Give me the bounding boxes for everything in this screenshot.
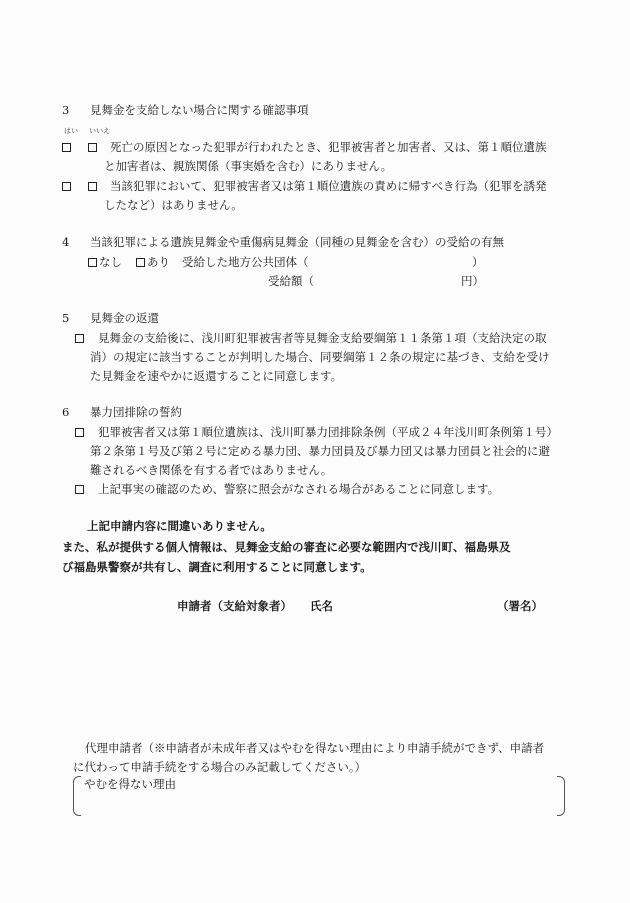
section-5-number: 5 [62, 311, 69, 325]
section-4-heading: 当該犯罪による遺族見舞金や重傷病見舞金（同種の見舞金を含む）の受給の有無 [90, 235, 504, 249]
item-1-line-1: 死亡の原因となった犯罪が行われたとき、犯罪被害者と加害者、又は、第１順位遺族 [110, 140, 547, 154]
applicant-label: 申請者（支給対象者） [177, 599, 292, 613]
section-5-heading: 見舞金の返還 [90, 311, 159, 325]
public-body-close: ） [472, 255, 484, 269]
item-1-no-checkbox[interactable] [88, 143, 97, 152]
public-body-label: 受給した地方公共団体（ [182, 255, 309, 269]
proxy-line-1: 代理申請者（※申請者が未成年者又はやむを得ない理由により申請手続ができず、申請者 [85, 741, 544, 755]
refund-line-2: 消）の規定に該当することが判明した場合、同要綱第１２条の規定に基づき、支給を受け [90, 350, 550, 364]
item-2-line-1: 当該犯罪において、犯罪被害者又は第１順位遺族の責めに帰すべき行為（犯罪を誘発 [110, 179, 547, 193]
left-bracket [73, 776, 81, 816]
option-yes-label: あり [147, 255, 170, 269]
amount-label: 受給額（ [268, 274, 314, 288]
item-1-yes-checkbox[interactable] [62, 143, 71, 152]
option-none-label: なし [99, 255, 122, 269]
right-bracket [557, 776, 565, 816]
name-label: 氏名 [310, 599, 333, 613]
proxy-line-2: に代わって申請手続をする場合のみ記載してください。） [73, 760, 366, 774]
item-2-yes-checkbox[interactable] [62, 182, 71, 191]
refund-consent-checkbox[interactable] [75, 334, 84, 343]
section-3-heading: 見舞金を支給しない場合に関する確認事項 [90, 103, 309, 117]
police-inquiry-checkbox[interactable] [75, 485, 84, 494]
police-inquiry-text: 上記事実の確認のため、警察に照会がなされる場合があることに同意します。 [98, 482, 499, 496]
declaration-line-1: 上記申請内容に間違いありません。 [87, 519, 272, 533]
amount-unit: 円） [461, 274, 484, 288]
section-4-number: 4 [62, 235, 69, 249]
declaration-line-2: また、私が提供する個人情報は、見舞金支給の審査に必要な範囲内で浅川町、福島県及 [62, 540, 511, 554]
reason-label: やむを得ない理由 [84, 777, 176, 791]
refund-line-1: 見舞金の支給後に、浅川町犯罪被害者等見舞金支給要綱第１１条第１項（支給決定の取 [98, 331, 547, 345]
refund-line-3: た見舞金を速やかに返還することに同意します。 [90, 369, 342, 383]
option-yes-checkbox[interactable] [136, 258, 145, 267]
declaration-line-3: び福島県警察が共有し、調査に利用することに同意します。 [62, 560, 372, 574]
item-1-line-2: と加害者は、親族関係（事実婚を含む）にありません。 [104, 159, 392, 173]
antigang-pledge-checkbox[interactable] [75, 428, 84, 437]
section-3-number: 3 [62, 103, 69, 117]
signature-label: （署名） [497, 599, 543, 613]
pledge-line-2: 第２条第１号及び第２号に定める暴力団、暴力団員及び暴力団又は暴力団員と社会的に避 [90, 444, 550, 458]
column-no-label: いいえ [89, 124, 110, 138]
option-none-checkbox[interactable] [88, 258, 97, 267]
pledge-line-3: 難されるべき関係を有する者ではありません。 [90, 463, 332, 477]
column-yes-label: はい [64, 124, 78, 138]
section-6-number: 6 [62, 405, 69, 419]
pledge-line-1: 犯罪被害者又は第１順位遺族は、浅川町暴力団排除条例（平成２４年浅川町条例第１号） [98, 425, 558, 439]
item-2-no-checkbox[interactable] [88, 182, 97, 191]
item-2-line-2: したなど）はありません。 [104, 198, 243, 212]
section-6-heading: 暴力団排除の誓約 [90, 405, 182, 419]
